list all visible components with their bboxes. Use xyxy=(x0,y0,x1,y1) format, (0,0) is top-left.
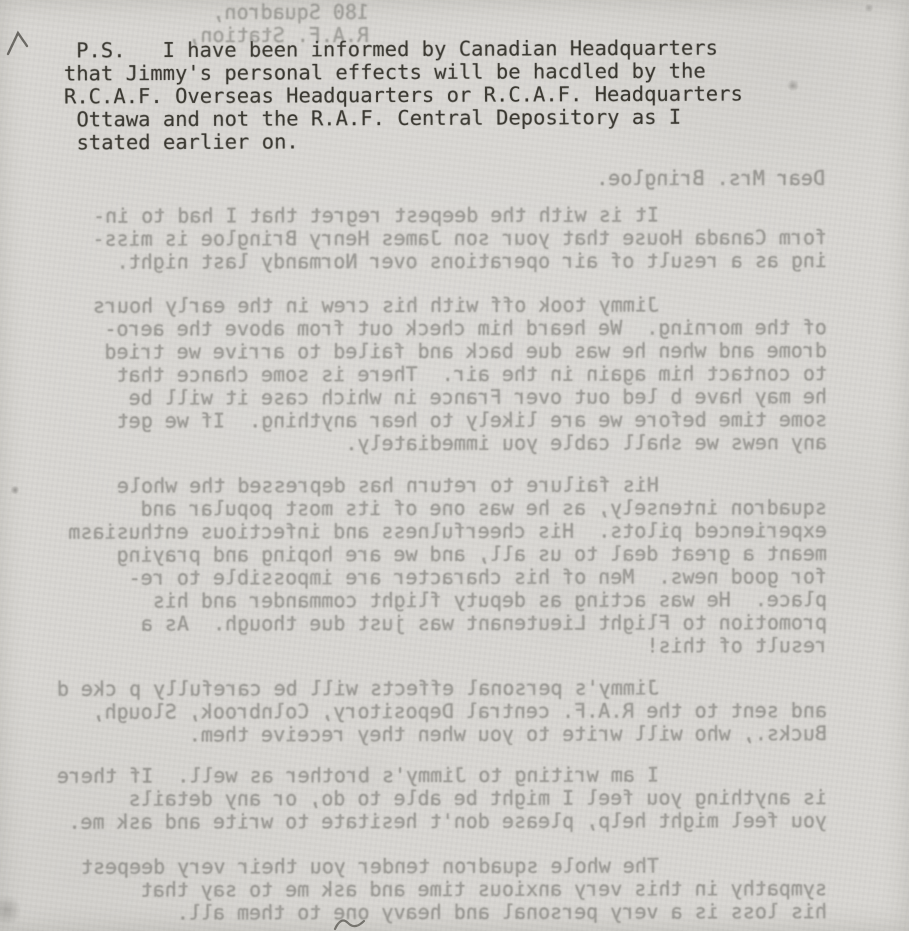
pen-tick-mark xyxy=(5,28,31,60)
bleedthrough-paragraph-6: The whole squadron tender you their very… xyxy=(35,854,827,925)
bleedthrough-paragraph-5: I am writing to Jimmy's brother as well.… xyxy=(35,763,827,834)
bleedthrough-paragraph-1: It is with the deepest regret that I had… xyxy=(35,203,827,274)
bleedthrough-paragraph-3: His failure to return has depressed the … xyxy=(35,473,827,659)
bleedthrough-paragraph-2: Jimmy took off with his crew in the earl… xyxy=(35,293,827,456)
scanned-letter-page: 180 Squadron, R.A.F. Station, Dear Mrs. … xyxy=(0,0,909,931)
bleedthrough-paragraph-4: Jimmy's personal effects will be careful… xyxy=(35,676,827,747)
pen-squiggle-mark xyxy=(333,913,367,931)
bleedthrough-salutation: Dear Mrs. Bringloe. xyxy=(596,167,825,190)
ps-note: P.S. I have been informed by Canadian He… xyxy=(64,37,743,155)
